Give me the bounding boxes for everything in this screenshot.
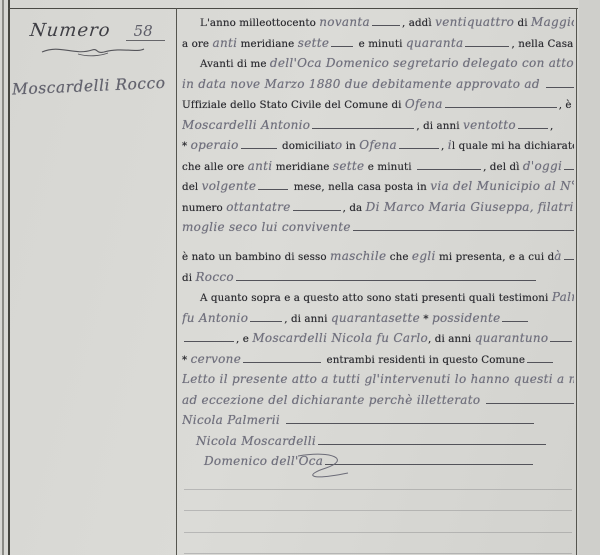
printed-text: Uffiziale dello Stato Civile del Comune …: [182, 99, 405, 111]
handwritten-text: Moscardelli Nicola fu Carlo: [252, 331, 428, 345]
numero-label: Numero: [29, 20, 112, 41]
blank-underline: [486, 400, 574, 404]
handwritten-text: Nicola Palmerii: [182, 413, 284, 427]
printed-text: è nato un bambino di sesso: [182, 251, 330, 263]
page-edge-line-inner: [8, 0, 10, 555]
blank-underline: [527, 359, 553, 363]
printed-text: mi presenta, e a cui d: [436, 251, 555, 263]
printed-text: e minuti: [355, 38, 406, 50]
act-line: fu Antonio, di anni quarantasette * poss…: [182, 307, 574, 328]
top-border-line: [8, 8, 578, 9]
handwritten-text: Palmerii Nicola: [552, 290, 574, 304]
handwritten-text: egli: [412, 249, 436, 263]
printed-text: , addì: [402, 17, 435, 29]
printed-text: del: [182, 181, 202, 193]
handwritten-text: moglie seco lui convivente: [182, 220, 351, 234]
handwritten-text: operaio: [191, 138, 239, 152]
printed-text: che: [386, 251, 412, 263]
printed-text: , e: [236, 333, 252, 345]
blank-underline: [184, 338, 234, 342]
page-right-margin: [579, 0, 600, 555]
handwritten-text: cervone: [191, 352, 242, 366]
act-line: ad eccezione del dichiarante perchè ille…: [182, 389, 574, 410]
blank-underline: [465, 43, 509, 47]
handwritten-text: anti: [248, 159, 273, 173]
handwritten-text: Maggio: [531, 15, 574, 29]
printed-text: e minuti: [364, 161, 415, 173]
printed-text: meridiane: [272, 161, 332, 173]
blank-underline: [318, 441, 546, 445]
column-divider-line: [176, 8, 177, 555]
handwritten-text: sette: [298, 36, 330, 50]
act-body: L'anno milleottocento novanta, addì vent…: [182, 11, 574, 471]
right-border-line: [576, 8, 577, 555]
blank-underline: [518, 125, 548, 129]
act-line: in data nove Marzo 1880 due debitamente …: [182, 73, 574, 94]
handwritten-text: Ofena: [405, 97, 443, 111]
act-line: , e Moscardelli Nicola fu Carlo, di anni…: [182, 327, 574, 348]
blank-underline: [293, 207, 341, 211]
handwritten-text: fu Antonio: [182, 311, 248, 325]
handwritten-text: d'oggi: [523, 159, 562, 173]
blank-underline: [399, 145, 439, 149]
blank-underline: [550, 338, 572, 342]
handwritten-text: Nicola Moscardelli: [196, 434, 316, 448]
handwritten-text: quaranta: [406, 36, 464, 50]
handwritten-text: dell'Oca Domenico segretario delegato co…: [270, 56, 574, 70]
printed-text: che alle ore: [182, 161, 248, 173]
printed-text: , di anni: [416, 120, 463, 132]
act-line: Letto il presente atto a tutti gl'interv…: [182, 368, 574, 389]
printed-text: meridiane: [237, 38, 297, 50]
blank-underline: [502, 318, 528, 322]
act-line: Nicola Moscardelli: [182, 430, 574, 451]
act-line: Moscardelli Antonio, di anni ventotto,: [182, 114, 574, 135]
handwritten-text: possidente: [432, 311, 501, 325]
printed-text: *: [420, 313, 432, 325]
act-line: a ore anti meridiane sette e minuti quar…: [182, 32, 574, 53]
handwritten-text: ad eccezione del dichiarante perchè ille…: [182, 393, 484, 407]
ruled-line: [184, 533, 572, 555]
printed-text: *: [182, 140, 191, 152]
blank-underline: [546, 84, 574, 88]
printed-text: L'anno milleottocento: [200, 17, 319, 29]
handwritten-text: anti: [213, 36, 238, 50]
handwritten-text: Letto il presente atto a tutti gl'interv…: [182, 372, 574, 386]
blank-underline: [353, 227, 574, 231]
act-line: L'anno milleottocento novanta, addì vent…: [182, 11, 574, 32]
act-number-row: Numero 58: [12, 20, 174, 41]
handwritten-text: in data nove Marzo 1880 due debitamente …: [182, 77, 544, 91]
blank-underline: [241, 145, 277, 149]
blank-underline: [564, 256, 574, 260]
blank-underline: [250, 318, 282, 322]
blank-underline: [564, 166, 574, 170]
printed-text: A quanto sopra e a questo atto sono stat…: [200, 292, 552, 304]
act-line: numero ottantatre, da Di Marco Maria Giu…: [182, 196, 574, 217]
handwritten-text: via del Municipio al N°: [430, 179, 574, 193]
blank-underline: [258, 186, 288, 190]
handwritten-text: ventotto: [463, 118, 516, 132]
printed-text: mese, nella casa posta in: [290, 181, 430, 193]
act-line: Uffiziale dello Stato Civile del Comune …: [182, 93, 574, 114]
handwritten-text: Rocco: [195, 270, 233, 284]
act-line: * operaio domiciliato in Ofena, il quale…: [182, 134, 574, 155]
handwritten-text: quarantuno: [475, 331, 549, 345]
printed-text: Avanti di me: [200, 58, 270, 70]
blank-underline: [331, 43, 353, 47]
handwritten-text: ottantatre: [226, 200, 290, 214]
act-line: moglie seco lui convivente: [182, 216, 574, 237]
printed-text: , del dì: [483, 161, 523, 173]
printed-text: , di anni: [284, 313, 331, 325]
act-line: del volgente mese, nella casa posta in v…: [182, 175, 574, 196]
printed-text: , di anni: [428, 333, 475, 345]
printed-text: *: [182, 354, 191, 366]
blank-underline: [372, 22, 400, 26]
printed-text: di: [182, 272, 195, 284]
act-line: è nato un bambino di sesso maschile che …: [182, 245, 574, 266]
printed-text: entrambi residenti in questo Comune: [323, 354, 525, 366]
ruled-lines: [184, 468, 572, 554]
printed-text: numero: [182, 202, 226, 214]
printed-text: , è compars: [559, 99, 574, 111]
act-line: * cervone entrambi residenti in questo C…: [182, 348, 574, 369]
act-line: che alle ore anti meridiane sette e minu…: [182, 155, 574, 176]
handwritten-text: à: [554, 249, 561, 263]
printed-text: domiciliat: [279, 140, 335, 152]
handwritten-text: Ofena: [359, 138, 397, 152]
printed-text: , nella Casa Comunale.: [511, 38, 574, 50]
handwritten-text: Moscardelli Antonio: [182, 118, 310, 132]
ruled-line: [184, 511, 572, 533]
printed-text: , da: [343, 202, 366, 214]
act-line: A quanto sopra e a questo atto sono stat…: [182, 286, 574, 307]
blank-underline: [243, 359, 321, 363]
act-line: Avanti di me dell'Oca Domenico segretari…: [182, 52, 574, 73]
ruled-line: [184, 468, 572, 490]
printed-text: ,: [550, 120, 553, 132]
handwritten-text: maschile: [330, 249, 386, 263]
blank-underline: [312, 125, 414, 129]
blank-underline: [445, 104, 557, 108]
handwritten-text: sette: [333, 159, 365, 173]
handwritten-text: novanta: [319, 15, 370, 29]
flourish-ornament: [38, 43, 148, 59]
margin-column: Numero 58 Moscardelli Rocco: [12, 10, 174, 95]
blank-underline: [236, 277, 536, 281]
ruled-line: [184, 490, 572, 512]
blank-underline: [286, 420, 534, 424]
handwritten-text: quarantasette: [331, 311, 420, 325]
act-line: Nicola Palmerii: [182, 409, 574, 430]
printed-text: in: [342, 140, 359, 152]
printed-text: l quale mi ha dichiarato: [452, 140, 574, 152]
printed-text: ,: [441, 140, 448, 152]
page-edge-line-outer: [2, 0, 4, 555]
blank-underline: [325, 461, 533, 465]
handwritten-text: volgente: [202, 179, 257, 193]
handwritten-text: Di Marco Maria Giuseppa, filatrice, sua: [366, 200, 574, 214]
printed-text: a ore: [182, 38, 213, 50]
act-line: di Rocco: [182, 266, 574, 287]
printed-text: di: [514, 17, 531, 29]
handwritten-text: ventiquattro: [435, 15, 514, 29]
registered-name: Moscardelli Rocco: [12, 73, 175, 98]
blank-underline: [417, 166, 481, 170]
act-number-value: 58: [126, 22, 165, 41]
